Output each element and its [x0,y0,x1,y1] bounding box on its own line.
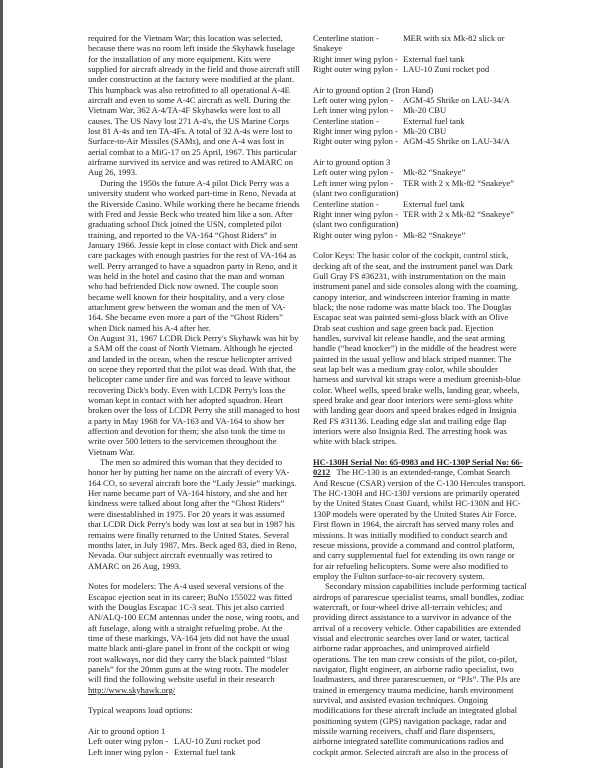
hc130-heading-text: HC-130H Serial No: 65-0983 and HC-130P S… [313,457,523,467]
weapon-row: Centerline station -External fuel tank [313,199,521,209]
paragraph-hc130: And Rescue (CSAR) version of the C-130 H… [313,478,521,581]
text-line: with the Douglas Escapac 1C-3 seat. This… [88,602,296,612]
text-line: cockpit armor. Selected aircraft are als… [313,747,521,757]
paragraph-lady-jessie: The men so admired this woman that they … [88,457,296,571]
text-line: On August 31, 1967 LCDR Dick Perry's Sky… [88,333,296,343]
text-line: Vietnam War. [88,447,296,457]
paragraph-color-keys: Color Keys: The basic color of the cockp… [313,250,521,447]
text-line: interiors were also Insignia Red. The ar… [313,426,521,436]
load-value: External fuel tank [403,116,465,126]
text-line: aft fuselage, along with a straight refu… [88,623,296,633]
text-line: arrival of a recovery vehicle. Other cap… [313,623,521,633]
paragraph-dick-perry: During the 1950s the future A-4 pilot Di… [88,178,296,333]
text-line: airdrops of pararescue specialist teams,… [313,592,521,602]
text-line: attachment grew between the woman and th… [88,302,296,312]
load-value: Mk-82 “Snakeye” [403,167,465,177]
text-line: recovering Dick's body. Even with LCDR P… [88,385,296,395]
station-label: Left inner wing pylon - [88,747,174,757]
text-line: graduating school Dick joined the USN, c… [88,219,296,229]
paragraph-modeler-notes: Notes for modelers: The A-4 used several… [88,581,296,684]
text-line: The HC-130H and HC-130J versions are pri… [313,488,521,498]
text-line: and carry supplemental fuel for extendin… [313,550,521,560]
station-label: Left outer wing pylon - [88,736,174,746]
text-line: lost 81 A-4s and ten TA-4Fs. A total of … [88,126,296,136]
text-line: was held in the hotel and casino that th… [88,271,296,281]
text-line: Secondary mission capabilities include p… [313,581,521,591]
text-line: airborne integrated satellite communicat… [313,736,521,746]
text-line: Color Keys: The basic color of the cockp… [313,250,521,260]
load-value: Mk-20 CBU [403,105,446,115]
weapon-row: Right outer wing pylon -LAU-10 Zuni rock… [313,64,521,74]
text-line: loadmasters, and three pararescuemen, or… [313,674,521,684]
station-label: Right inner wing pylon - [313,209,403,219]
station-label: Right inner wing pylon - [313,54,403,64]
text-line: root walkways, nor did they carry the bl… [88,654,296,664]
text-line: write over 500 letters to the servicemen… [88,436,296,446]
text-line: decking aft of the seat, and the instrum… [313,261,521,271]
text-line: 130P models were operated by the United … [313,509,521,519]
option2-table: Left outer wing pylon -AGM-45 Shrike on … [313,95,521,147]
load-value: External fuel tank [403,54,465,64]
text-line: will find the following website useful i… [88,674,296,684]
weapon-row: (slant two configuration) [313,219,521,229]
text-line: speed brake and gear door interiors were… [313,395,521,405]
text-line: Her name became part of VA-164 history, … [88,488,296,498]
text-line: helicopter came under fire and was force… [88,374,296,384]
text-line: supplied for aircraft already in the fie… [88,64,296,74]
text-line: months later, in July 1987, Mrs. Beck ag… [88,540,296,550]
text-line: Notes for modelers: The A-4 used several… [88,581,296,591]
option1-wrap: Snakeye [313,43,521,53]
text-line: black; the nose radome was matte black t… [313,302,521,312]
text-line: remains were finally returned to the Uni… [88,530,296,540]
weapon-row: Right outer wing pylon -AGM-45 Shrike on… [313,136,521,146]
text-line: and landed in the ocean, when the rescue… [88,354,296,364]
text-line: missions. It was initially modified to c… [313,530,521,540]
text-line: Escapac ejection seat in its career; BuN… [88,592,296,602]
text-line: time of these markings, VA-164 jets did … [88,633,296,643]
text-line: affection and devotion for them; she als… [88,426,296,436]
text-line: seat lap belt was a medium gray color, w… [313,364,521,374]
weapon-row: Left inner wing pylon -Mk-20 CBU [313,105,521,115]
text-line: color. Wheel wells, speed brake wells, l… [313,385,521,395]
text-line: During the 1950s the future A-4 pilot Di… [88,178,296,188]
weapon-row: Right outer wing pylon -Mk-82 “Snakeye” [313,230,521,240]
weapon-row: Left inner wing pylon -TER with 2 x Mk-8… [313,178,521,188]
text-line: when Dick named his A-4 after her. [88,323,296,333]
text-line: panels” for the 20mm guns at the wing ro… [88,664,296,674]
text-line: Vietnam War, 362 A-4/TA-4F Skyhawks were… [88,105,296,115]
load-value: TER with 2 x Mk-82 “Snakeye” [403,209,514,219]
load-value: Mk-82 “Snakeye” [403,230,465,240]
station-label: Left outer wing pylon - [313,167,403,177]
text-line: Surface-to-Air Missiles (SAMs), and one … [88,136,296,146]
paragraph-secondary-missions: Secondary mission capabilities include p… [313,581,521,757]
station-label: Centerline station - [313,199,403,209]
text-line: airframe survived its service and was re… [88,157,296,167]
weapon-row: Right inner wing pylon -TER with 2 x Mk-… [313,209,521,219]
hc130-heading: HC-130H Serial No: 65-0983 and HC-130P S… [313,457,521,467]
weapon-row: Left outer wing pylon -AGM-45 Shrike on … [313,95,521,105]
hc130-heading-serial: 0212 [313,467,330,477]
option2-title: Air to ground option 2 (Iron Hand) [313,85,521,95]
text-line: January 1966. Jessie kept in close conta… [88,240,296,250]
weapon-row: Left inner wing pylon -External fuel tan… [88,747,296,757]
option3-table: Left outer wing pylon -Mk-82 “Snakeye”Le… [313,167,521,239]
text-line: Aug 26, 1993. [88,167,296,177]
text-line: airborne radar approaches, and unimprove… [313,643,521,653]
weapon-row: Centerline station -External fuel tank [313,116,521,126]
text-line: instrument panel and side consoles along… [313,281,521,291]
text-line: handles, survival kit release handle, an… [313,333,521,343]
load-value: External fuel tank [174,747,236,757]
text-line: handle (“head knocker”) in the middle of… [313,343,521,353]
text-line: university student who worked part-time … [88,188,296,198]
text-line: This humpback was also retrofitted to al… [88,85,296,95]
text-line: Escapac seat was painted semi-gloss blac… [313,312,521,322]
weapons-intro: Typical weapons load options: [88,705,296,715]
station-label: Right outer wing pylon - [313,136,403,146]
station-label: (slant two configuration) [313,219,403,229]
text-line: Nevada. Our subject aircraft eventually … [88,550,296,560]
load-value: TER with 2 x Mk-82 “Snakeye” [403,178,514,188]
left-column: required for the Vietnam War; this locat… [88,33,296,757]
skyhawk-website-link[interactable]: http://www.skyhawk.org/ [88,685,296,695]
text-line: by the United States Coast Guard, whilst… [313,498,521,508]
load-value: Mk-20 CBU [403,126,446,136]
text-line: AMARC on 26 Aug, 1993. [88,561,296,571]
text-line: aerial combat to a MiG-17 on 25 April, 1… [88,147,296,157]
station-label: Left inner wing pylon - [313,105,403,115]
text-line: operations. The ten man crew consists of… [313,654,521,664]
text-line: white with black stripes. [313,436,521,446]
option1-table-right-b: Right inner wing pylon -External fuel ta… [313,54,521,75]
text-line: harness and survival kit straps were a m… [313,374,521,384]
text-line: that LCDR Dick Perry's body was lost at … [88,519,296,529]
text-line: required for the Vietnam War; this locat… [88,33,296,43]
weapon-row: Right inner wing pylon -Mk-20 CBU [313,126,521,136]
text-line: watercraft, or four-wheel drive all-terr… [313,602,521,612]
text-line: for the installation of any more equipme… [88,54,296,64]
text-line: who had befriended Dick now owned. The c… [88,281,296,291]
option1-title: Air to ground option 1 [88,726,296,736]
weapon-row: (slant two configuration) [313,188,521,198]
text-line: aircraft and even to some A-4C aircraft … [88,95,296,105]
text-line: care packages with enough pastries for t… [88,250,296,260]
text-line: modifications for these aircraft include… [313,705,521,715]
text-line: with landing gear doors and speed brakes… [313,405,521,415]
text-line: navigator, flight engineer, an airborne … [313,664,521,674]
text-line: were disestablished in 1975. For 20 year… [88,509,296,519]
station-label: Right outer wing pylon - [313,230,403,240]
option1-table-right-a: Centerline station -MER with six Mk-82 s… [313,33,521,43]
load-value: External fuel tank [403,199,465,209]
text-line: 164 CO, so several aircraft bore the “La… [88,478,296,488]
text-line: the Riverside Casino. While working ther… [88,199,296,209]
text-line: well. Perry arranged to have a squadron … [88,261,296,271]
option1-table-left: Left outer wing pylon -LAU-10 Zuni rocke… [88,736,296,757]
text-line: painted in the usual yellow and black st… [313,354,521,364]
text-line: positioning system (GPS) navigation pack… [313,716,521,726]
text-line: And Rescue (CSAR) version of the C-130 H… [313,478,521,488]
text-line: because there was no room left inside th… [88,43,296,53]
text-line: on scene they reported that the pilot wa… [88,364,296,374]
text-line: broken over the loss of LCDR Perry she s… [88,405,296,415]
text-line: causes. The US Navy lost 271 A-4's, the … [88,116,296,126]
text-line: 164. She became even more a part of the … [88,312,296,322]
hc130-heading-cont: 0212 The HC-130 is an extended-range, Co… [313,467,521,477]
text-line: training, and reported to the VA-164 “Gh… [88,230,296,240]
text-line: kindness were talked about long after th… [88,498,296,508]
text-line: visual and electronic searches over land… [313,633,521,643]
text-line: honor her by putting her name on the air… [88,467,296,477]
station-label: (slant two configuration) [313,188,403,198]
station-label: Left outer wing pylon - [313,95,403,105]
weapon-row: Right inner wing pylon -External fuel ta… [313,54,521,64]
text-line: under construction at the factory were m… [88,74,296,84]
page-left-edge [0,0,3,768]
load-value: LAU-10 Zuni rocket pod [174,736,260,746]
text-line: First flown in 1964, the aircraft has se… [313,519,521,529]
text-line: rescue missions, provide a command and c… [313,540,521,550]
text-line: The men so admired this woman that they … [88,457,296,467]
station-label: Centerline station - [313,33,403,43]
text-line: for air refueling helicopters. Some were… [313,561,521,571]
weapon-row: Left outer wing pylon -LAU-10 Zuni rocke… [88,736,296,746]
load-value: LAU-10 Zuni rocket pod [403,64,489,74]
text-line: AN/ALQ-100 ECM antennas under the nose, … [88,612,296,622]
text-line: Drab seat cushion and sage green back pa… [313,323,521,333]
text-line: survival, and assisted evasion technique… [313,695,521,705]
station-label: Right inner wing pylon - [313,126,403,136]
weapon-row: Left outer wing pylon -Mk-82 “Snakeye” [313,167,521,177]
text-line: matte black anti-glare panel in front of… [88,643,296,653]
text-line: with Fred and Jessie Beck who treated hi… [88,209,296,219]
station-label: Centerline station - [313,116,403,126]
text-line: trained in emergency trauma medicine, ha… [313,685,521,695]
text-line: became well known for their hospitality,… [88,292,296,302]
right-column: Centerline station -MER with six Mk-82 s… [313,33,521,757]
text-line: Gull Gray FS #36231, with instrumentatio… [313,271,521,281]
text-line: a party in May 1968 for VA-163 and VA-16… [88,416,296,426]
paragraph-humpback: required for the Vietnam War; this locat… [88,33,296,178]
station-label: Right outer wing pylon - [313,64,403,74]
weapon-row: Centerline station -MER with six Mk-82 s… [313,33,521,43]
text-line: woman kept in contact with her adopted s… [88,395,296,405]
option3-title: Air to ground option 3 [313,157,521,167]
load-value: AGM-45 Shrike on LAU-34/A [403,95,510,105]
text-line: a SAM off the coast of North Vietnam. Al… [88,343,296,353]
text-line: providing direct assistance to a survivo… [313,612,521,622]
hc130-intro-text: The HC-130 is an extended-range, Combat … [330,467,510,477]
text-line: canopy interior, and windscreen interior… [313,292,521,302]
paragraph-shootdown: On August 31, 1967 LCDR Dick Perry's Sky… [88,333,296,457]
station-label: Left inner wing pylon - [313,178,403,188]
text-line: employ the Fulton surface-to-air recover… [313,571,521,581]
load-value: AGM-45 Shrike on LAU-34/A [403,136,510,146]
load-value: MER with six Mk-82 slick or [403,33,504,43]
text-line: Red FS #31136. Leading edge slat and tra… [313,416,521,426]
text-line: missile warning receivers, chaff and fla… [313,726,521,736]
